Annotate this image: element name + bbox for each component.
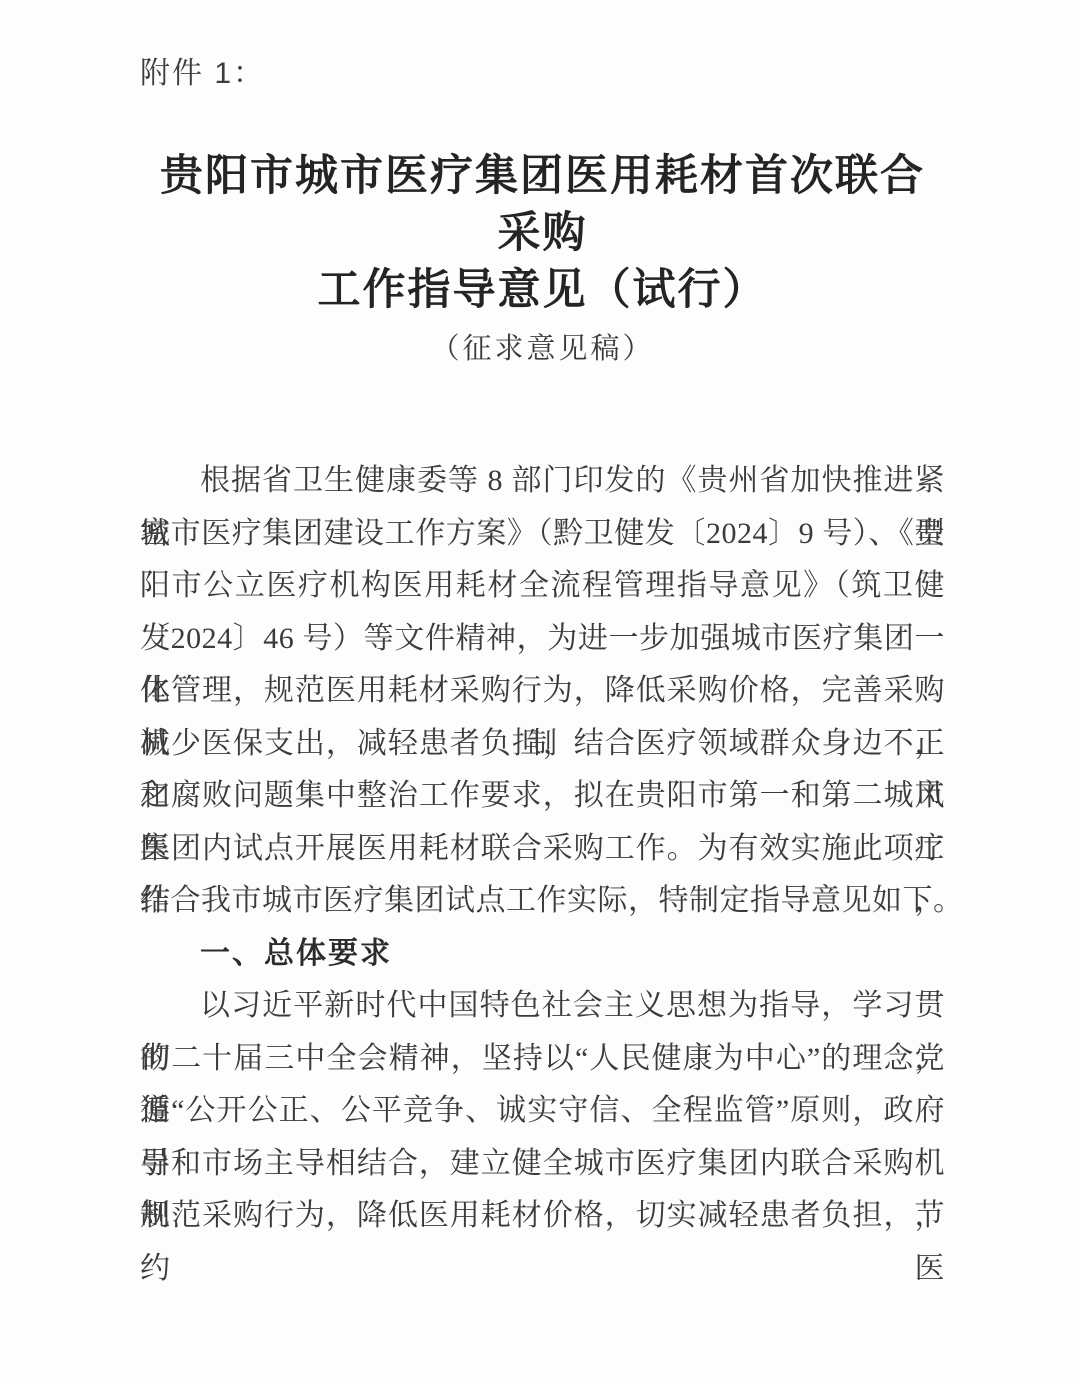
title-line-2: 工作指导意见（试行）: [318, 266, 768, 314]
body-line: 结合我市城市医疗集团试点工作实际，特制定指导意见如下。: [140, 875, 945, 928]
body-line: 城市医疗集团建设工作方案》（黔卫健发〔2024〕9 号）、《贵: [140, 508, 945, 561]
section-heading: 一、总体要求: [140, 928, 945, 981]
document-page: 附件 1： 贵阳市城市医疗集团医用耗材首次联合采购 工作指导意见（试行） （征求…: [0, 0, 1080, 1385]
title-line-1: 贵阳市城市医疗集团医用耗材首次联合采购: [160, 152, 925, 257]
body-line: 导和市场主导相结合，建立健全城市医疗集团内联合采购机制，: [140, 1138, 945, 1191]
document-title: 贵阳市城市医疗集团医用耗材首次联合采购 工作指导意见（试行）: [140, 148, 945, 319]
document-body: 根据省卫生健康委等 8 部门印发的《贵州省加快推进紧密型 城市医疗集团建设工作方…: [140, 455, 945, 1243]
body-line: 的二十届三中全会精神，坚持以“人民健康为中心”的理念，遵: [140, 1033, 945, 1086]
body-line: 化管理，规范医用耗材采购行为，降低采购价格，完善采购机制，: [140, 665, 945, 718]
body-line: 阳市公立医疗机构医用耗材全流程管理指导意见》（筑卫健发: [140, 560, 945, 613]
body-line: 减少医保支出，减轻患者负担，结合医疗领域群众身边不正之风: [140, 718, 945, 771]
body-line: 规范采购行为，降低医用耗材价格，切实减轻患者负担，节约医: [140, 1190, 945, 1243]
document-subtitle: （征求意见稿）: [140, 331, 945, 367]
body-line: 集团内试点开展医用耗材联合采购工作。为有效实施此项工作，: [140, 823, 945, 876]
attachment-label: 附件 1：: [140, 56, 945, 92]
body-line: 〔2024〕46 号）等文件精神，为进一步加强城市医疗集团一体: [140, 613, 945, 666]
body-line: 以习近平新时代中国特色社会主义思想为指导，学习贯彻党: [140, 980, 945, 1033]
body-line: 和腐败问题集中整治工作要求，拟在贵阳市第一和第二城市医疗: [140, 770, 945, 823]
body-line: 循“公开公正、公平竞争、诚实守信、全程监管”原则，政府引: [140, 1085, 945, 1138]
body-line: 根据省卫生健康委等 8 部门印发的《贵州省加快推进紧密型: [140, 455, 945, 508]
